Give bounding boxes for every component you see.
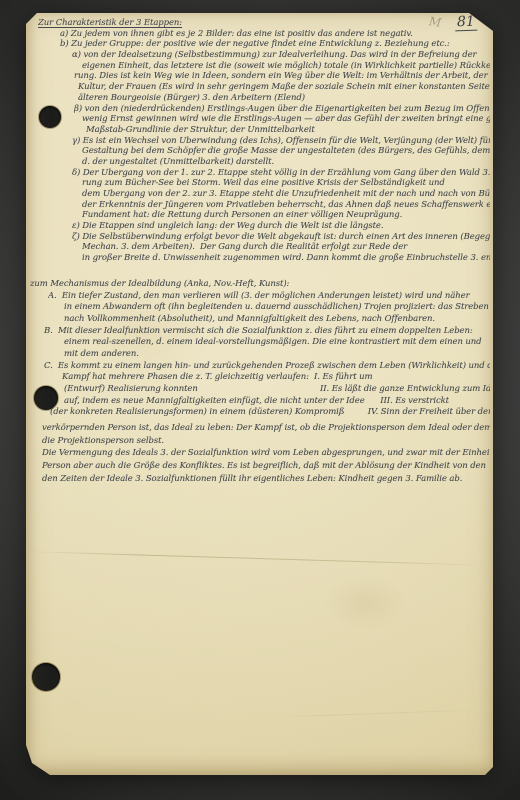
manuscript-page: M 81 Zur Charakteristik der 3 Etappen:a)… [26, 13, 493, 775]
handwritten-line: Kampf hat mehrere Phasen die z. T. gleic… [62, 372, 490, 383]
handwritten-line: B. Mit dieser Idealfunktion vermischt si… [44, 326, 490, 337]
handwritten-line: verkörpernden Person ist, das Ideal zu l… [42, 423, 490, 434]
handwritten-line: Fundament hat: die Rettung durch Persone… [82, 210, 490, 221]
paper-crease-minor [271, 709, 486, 718]
photo-backdrop: M 81 Zur Charakteristik der 3 Etappen:a)… [0, 0, 520, 800]
handwritten-line: rung. Dies ist kein Weg wie in Ideen, so… [74, 71, 490, 82]
handwritten-line: Kultur, der Frauen (Es wird in sehr geri… [78, 82, 490, 93]
handwritten-line: zum Mechanismus der Idealbildung (Anka, … [30, 279, 490, 290]
handwritten-line: (Entwurf) Realisierung konnten II. Es lä… [64, 384, 490, 395]
handwritten-line: wenig Ernst gewinnen wird wie die Erstli… [82, 114, 490, 125]
handwritten-line: A. Ein tiefer Zustand, den man verlieren… [48, 291, 490, 302]
handwritten-line: in großer Breite d. Unwissenheit zugenom… [82, 253, 490, 264]
manuscript-page-wrap: M 81 Zur Charakteristik der 3 Etappen:a)… [26, 13, 493, 775]
handwritten-line: Zur Charakteristik der 3 Etappen: [38, 18, 490, 29]
handwritten-line: auf, indem es neue Mannigfaltigkeiten ei… [64, 396, 490, 407]
punch-hole-bottom [32, 663, 60, 691]
handwritten-line: Maßstab-Grundlinie der Struktur, der Unm… [86, 125, 490, 136]
handwritten-line: γ) Es ist ein Wechsel von Überwindung (d… [72, 136, 490, 147]
handwritten-line: d. der ungestaltet (Unmittelbarkeit) dar… [82, 157, 490, 168]
handwritten-line: C. Es kommt zu einem langen hin- und zur… [44, 361, 490, 372]
handwritten-line: dem Übergang von der 2. zur 3. Etappe st… [82, 189, 490, 200]
handwritten-line: in einem Abwandern oft (ihn begleitenden… [64, 302, 490, 313]
punch-hole-top [39, 106, 61, 128]
handwritten-line: δ) Der Übergang von der 1. zur 2. Etappe… [72, 168, 490, 179]
handwritten-line: nach Vollkommenheit (Absolutheit), und M… [64, 314, 490, 325]
handwritten-line: den Zeiten der Ideale 3. Sozialfunktione… [42, 474, 490, 485]
handwritten-line: Person aber auch die Größe des Konflikte… [42, 461, 490, 472]
handwritten-line: Die Vermengung des Ideals 3. der Sozialf… [42, 448, 490, 459]
handwritten-line: α) von der Idealsetzung (Selbstbestimmun… [72, 50, 490, 61]
handwritten-line: einem real-szenellen, d. einem ideal-vor… [64, 337, 490, 348]
handwritten-line: ε) Die Etappen sind ungleich lang: der W… [72, 221, 490, 232]
handwritten-line: b) Zu jeder Gruppe: der positive wie der… [60, 39, 490, 50]
handwritten-line: Mechan. 3. dem Arbeiten). Der Gang durch… [82, 242, 490, 253]
handwritten-line: älteren Bourgeoisie (Bürger) 3. den Arbe… [78, 93, 490, 104]
paper-crease [28, 551, 488, 566]
handwritten-line: die Projektionsperson selbst. [42, 436, 490, 447]
handwritten-line: a) Zu jedem von ihnen gibt es je 2 Bilde… [60, 29, 490, 40]
handwritten-line: Gestaltung bei dem Schöpfer die große Ma… [82, 146, 490, 157]
handwritten-line: rung zum Bücher-See bei Storm. Weil das … [82, 178, 490, 189]
handwritten-line: (der konkreten Realisierungsformen) in e… [50, 407, 490, 418]
punch-hole-middle [34, 386, 58, 410]
handwriting-block: Zur Charakteristik der 3 Etappen:a) Zu j… [26, 18, 490, 485]
handwritten-line: ζ) Die Selbstüberwindung erfolgt bevor d… [72, 232, 490, 243]
handwritten-line: eigenen Einheit, das letztere ist die (s… [82, 61, 490, 72]
handwritten-line: der Erkenntnis der Jüngeren vom Privatle… [82, 200, 490, 211]
handwritten-line: β) von den (niederdrückenden) Erstlings-… [74, 104, 490, 115]
handwritten-line: mit dem anderen. [64, 349, 490, 360]
